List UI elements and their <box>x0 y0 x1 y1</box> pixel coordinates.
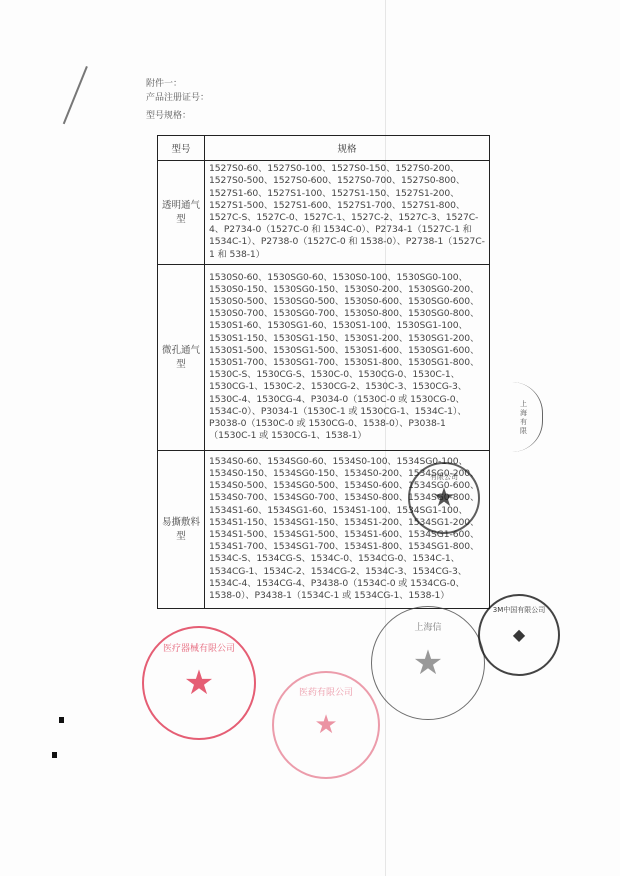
punch-mark <box>59 717 64 723</box>
company-seal-overlap: ★ 有限公司 <box>408 462 480 534</box>
table-row: 透明通气型 1527S0-60、1527S0-100、1527S0-150、15… <box>158 161 490 265</box>
spec-list: 1527S0-60、1527S0-100、1527S0-150、1527S0-2… <box>205 161 490 265</box>
model-type: 易撕敷料型 <box>158 451 205 609</box>
table-row: 微孔通气型 1530S0-60、1530SG0-60、1530S0-100、15… <box>158 265 490 451</box>
3m-company-seal: ◆ 3M中国有限公司 <box>478 594 560 676</box>
star-icon: ★ <box>184 666 214 700</box>
seal-text: 上海信 <box>383 620 473 633</box>
model-type: 透明通气型 <box>158 161 205 265</box>
gray-company-seal: ★ 上海信 <box>371 606 485 720</box>
pink-company-seal: ★ 医药有限公司 <box>272 671 380 779</box>
punch-mark <box>52 752 57 758</box>
red-company-seal: ★ 医疗器械有限公司 <box>142 626 256 740</box>
attachment-label: 附件一： <box>146 76 182 89</box>
pen-stroke-mark <box>63 66 88 124</box>
star-icon: ★ <box>432 485 455 511</box>
column-header-model: 型号 <box>158 136 205 161</box>
partial-seal-text: 上海有限 <box>520 400 530 436</box>
seal-text: 医疗器械有限公司 <box>155 641 243 654</box>
model-spec-table: 型号 规格 透明通气型 1527S0-60、1527S0-100、1527S0-… <box>157 135 490 609</box>
model-type: 微孔通气型 <box>158 265 205 451</box>
logo-icon: ◆ <box>513 627 525 643</box>
seal-text: 医药有限公司 <box>284 685 367 698</box>
model-spec-label: 型号规格： <box>146 108 191 121</box>
star-icon: ★ <box>413 646 443 680</box>
table-header-row: 型号 规格 <box>158 136 490 161</box>
star-icon: ★ <box>314 712 337 738</box>
registration-number-label: 产品注册证号： <box>146 90 209 103</box>
spec-list: 1530S0-60、1530SG0-60、1530S0-100、1530SG0-… <box>205 265 490 451</box>
seal-text: 有限公司 <box>417 472 471 482</box>
column-header-spec: 规格 <box>205 136 490 161</box>
seal-text: 3M中国有限公司 <box>488 605 550 615</box>
